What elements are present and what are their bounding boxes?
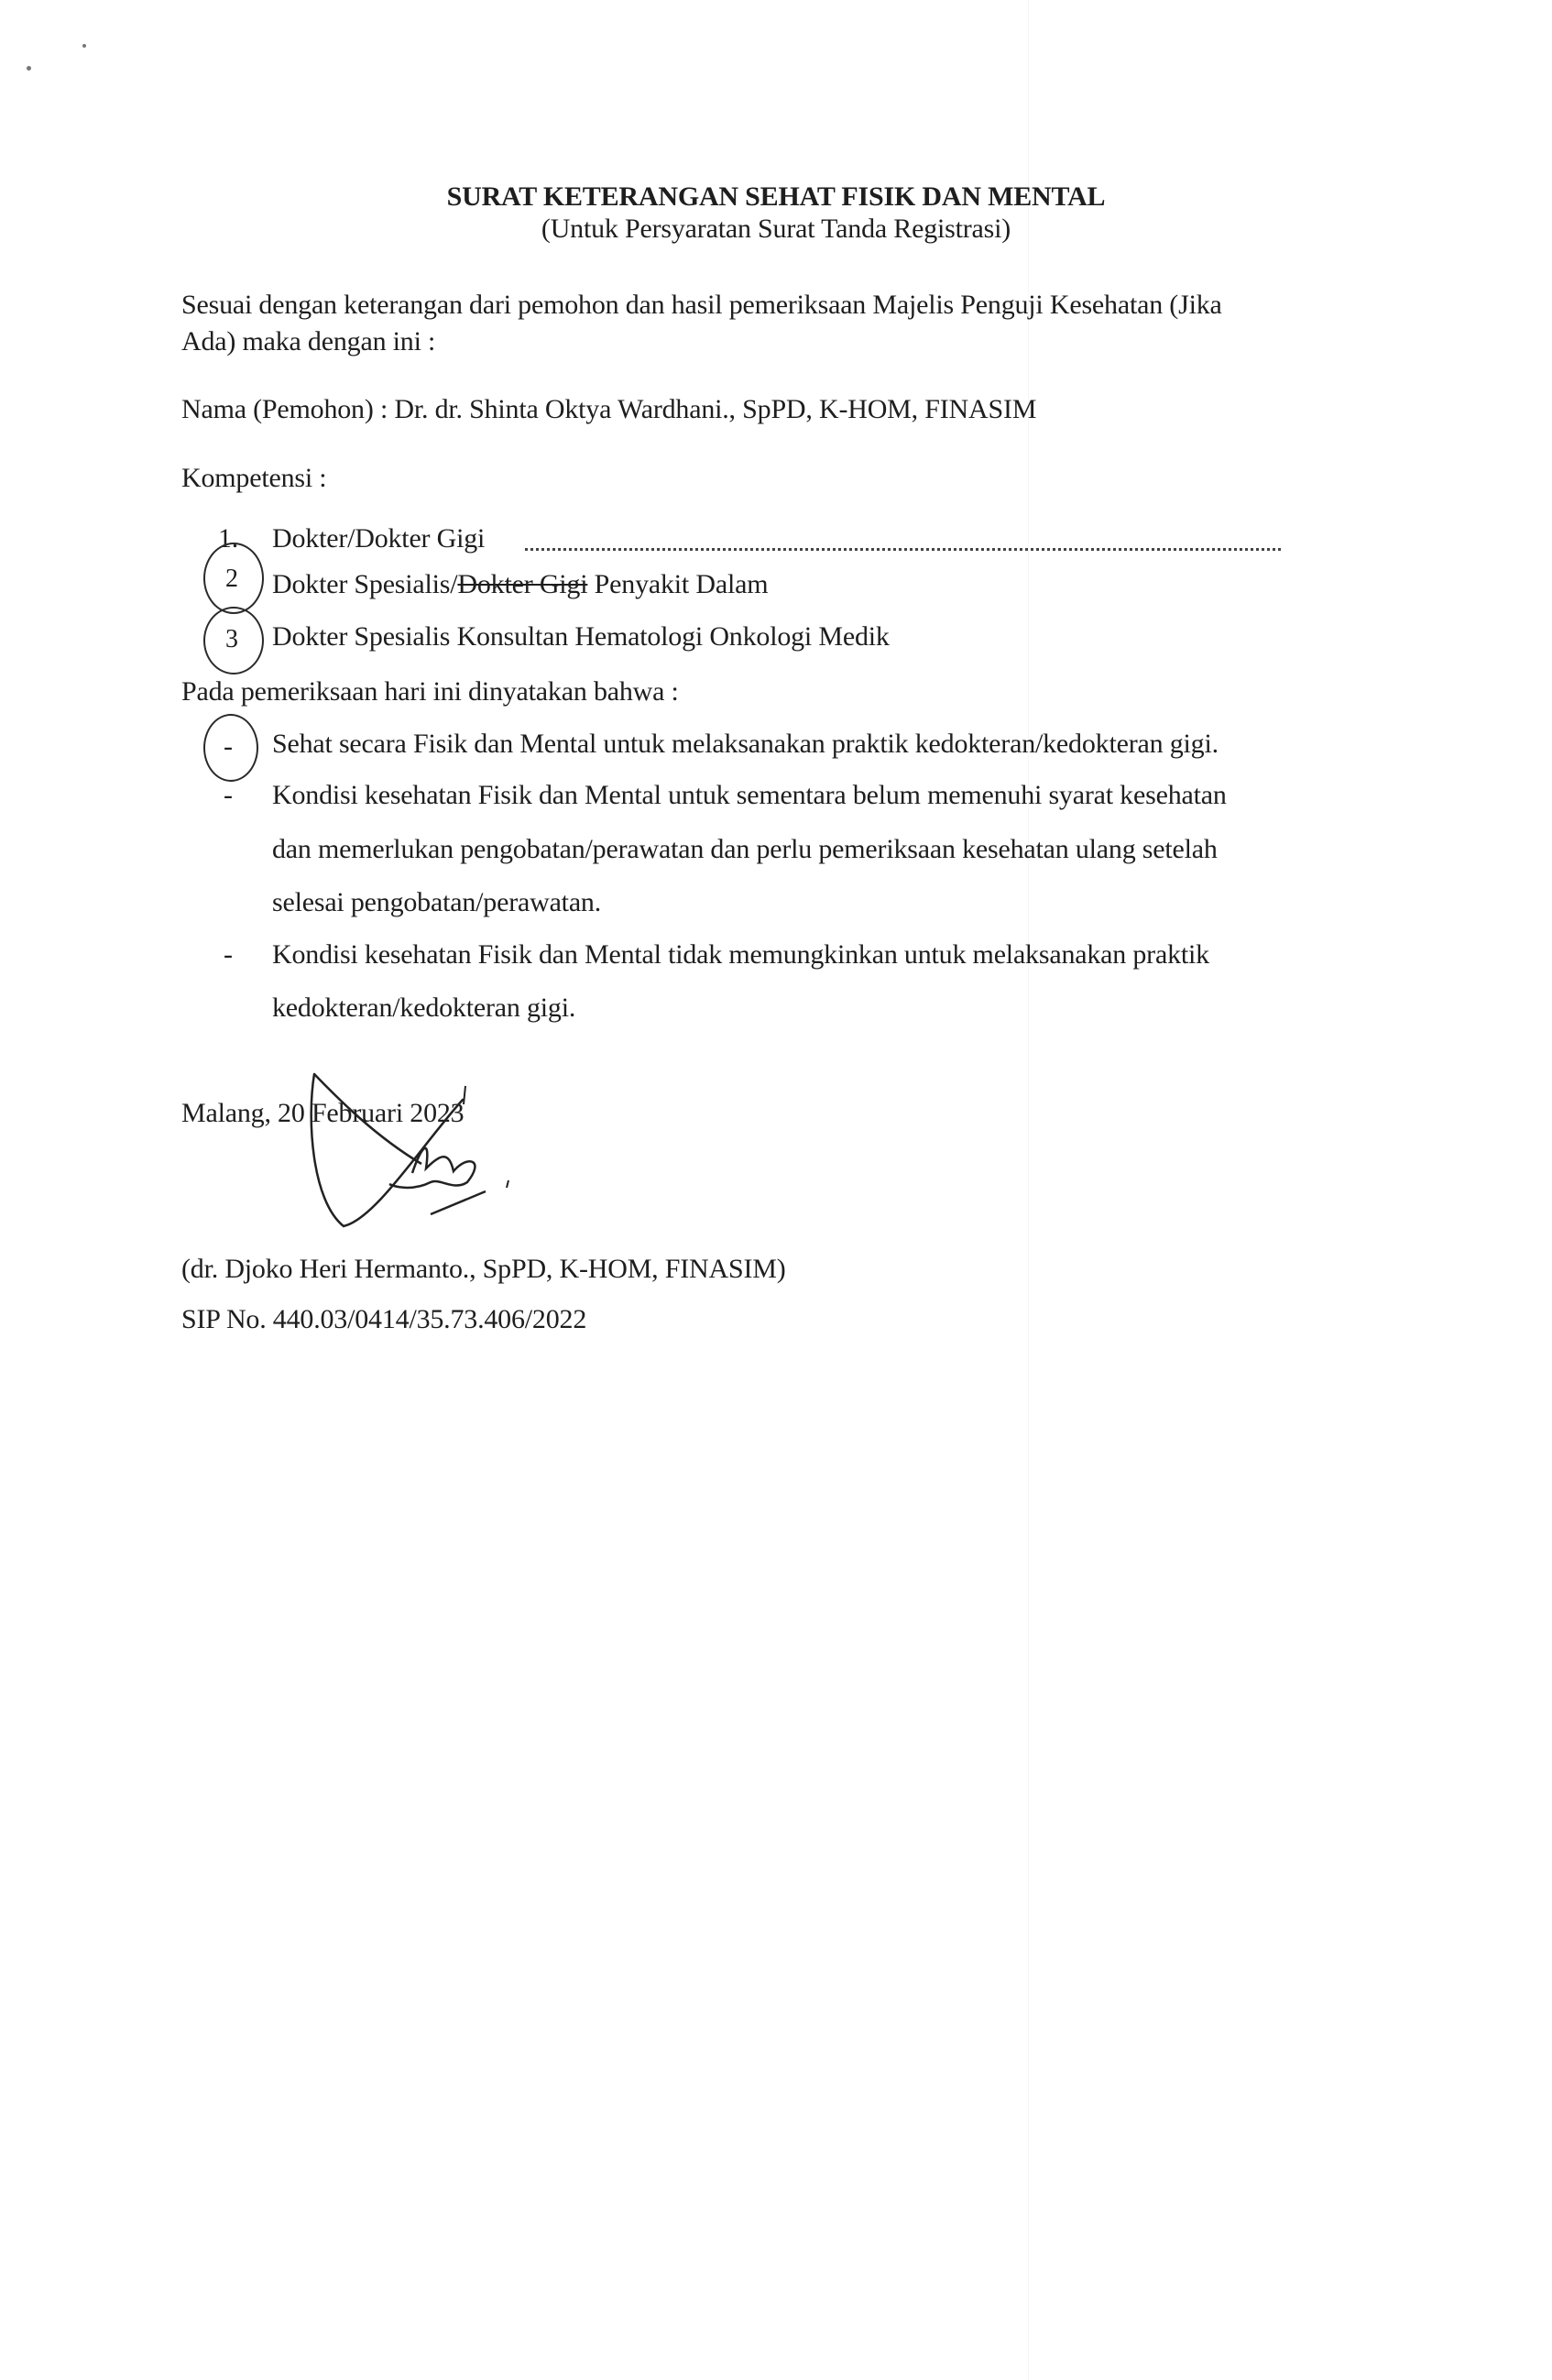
- applicant-name: Dr. dr. Shinta Oktya Wardhani., SpPD, K-…: [394, 394, 1036, 424]
- struck-text: Dokter Gigi: [457, 569, 587, 599]
- applicant-line: Nama (Pemohon) : Dr. dr. Shinta Oktya Wa…: [181, 393, 1036, 426]
- fill-in-dotted-line: [525, 530, 1281, 551]
- option-2-line-1: Kondisi kesehatan Fisik dan Mental untuk…: [272, 779, 1227, 812]
- document-title: SURAT KETERANGAN SEHAT FISIK DAN MENTAL: [0, 181, 1552, 214]
- competence-item-3-text: Dokter Spesialis Konsultan Hematologi On…: [272, 620, 890, 653]
- exam-label: Pada pemeriksaan hari ini dinyatakan bah…: [181, 675, 679, 708]
- signatory-sip: SIP No. 440.03/0414/35.73.406/2022: [181, 1303, 586, 1336]
- competence-item-1-text: Dokter/Dokter Gigi: [272, 522, 485, 555]
- option-3-line-2: kedokteran/kedokteran gigi.: [272, 992, 575, 1025]
- option-3-marker: -: [224, 938, 233, 971]
- option-2-line-2: dan memerlukan pengobatan/perawatan dan …: [272, 833, 1218, 866]
- option-1-marker: -: [224, 730, 233, 763]
- option-3-line-1: Kondisi kesehatan Fisik dan Mental tidak…: [272, 938, 1209, 971]
- handwritten-signature: [302, 1063, 541, 1237]
- competence-item-2-number: 2: [216, 565, 247, 593]
- document-subtitle: (Untuk Persyaratan Surat Tanda Registras…: [0, 213, 1552, 246]
- option-2-line-3: selesai pengobatan/perawatan.: [272, 886, 601, 919]
- document-page: SURAT KETERANGAN SEHAT FISIK DAN MENTAL …: [0, 0, 1552, 2380]
- option-2-marker: -: [224, 779, 233, 812]
- competence-item-3-number: 3: [216, 626, 247, 653]
- competence-item-2-text: Dokter Spesialis/Dokter Gigi Penyakit Da…: [272, 568, 768, 601]
- scan-fold-line: [1028, 0, 1029, 2380]
- scan-speck: [27, 66, 31, 71]
- signatory-name: (dr. Djoko Heri Hermanto., SpPD, K-HOM, …: [181, 1253, 786, 1286]
- intro-line-2: Ada) maka dengan ini :: [181, 325, 435, 358]
- competence-label: Kompetensi :: [181, 462, 326, 495]
- scan-speck: [82, 44, 86, 48]
- intro-line-1: Sesuai dengan keterangan dari pemohon da…: [181, 289, 1222, 322]
- applicant-label: Nama (Pemohon) :: [181, 394, 388, 424]
- option-1-line-1: Sehat secara Fisik dan Mental untuk mela…: [272, 728, 1219, 761]
